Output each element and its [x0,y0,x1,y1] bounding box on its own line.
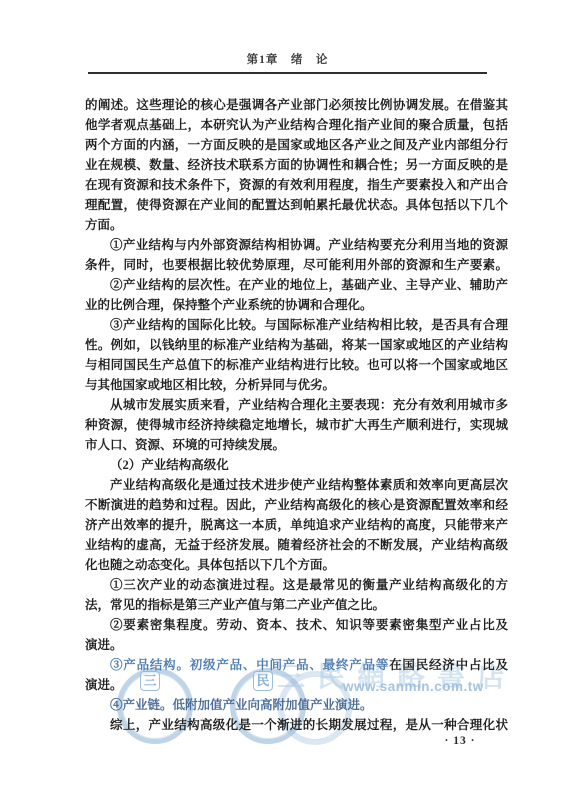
text-segment: 理配置，使得资源在产业间的配置达到帕累托最优状态。具体包括以下几个 [85,198,508,212]
text-segment: 在国民经济中占比及 [389,658,508,672]
text-segment: 条件，同时，也要根据比较优势原理，尽可能利用外部的资源和生产要素。 [85,258,508,272]
text-segment: 业结构的虚高，无益于经济发展。随着经济社会的不断发展，产业结构高级 [85,538,508,552]
text-segment: 产业结构高级化是通过技术进步使产业结构整体素质和效率向更高层次 [110,478,508,492]
text-line: ④产业链。低附加值产业向高附加值产业演进。 [85,695,508,715]
text-segment: 业在规模、数量、经济技术联系方面的协调性和耦合性；另一方面反映的是 [85,158,508,172]
text-segment: 市人口、资源、环境的可持续发展。 [85,438,285,452]
text-segment: ②要素密集程度。劳动、资本、技术、知识等要素密集型产业占比及 [110,618,508,632]
text-line: 与其他国家或地区相比较，分析异同与优劣。 [85,375,508,395]
text-segment: 种资源，使得城市经济持续稳定地增长，城市扩大再生产顺利进行，实现城 [85,418,508,432]
text-line: ③产品结构。初级产品、中间产品、最终产品等在国民经济中占比及 [85,655,508,675]
text-line: 方面。 [85,215,508,235]
text-segment: ③产业结构的国际化比较。与国际标准产业结构相比较，是否具有合理 [110,318,508,332]
body-text: 的阐述。这些理论的核心是强调各产业部门必须按比例协调发展。在借鉴其他学者观点基础… [85,95,508,735]
text-line: 业结构的虚高，无益于经济发展。随着经济社会的不断发展，产业结构高级 [85,535,508,555]
text-line: 业的比例合理，保持整个产业系统的协调和合理化。 [85,295,508,315]
text-line: 市人口、资源、环境的可持续发展。 [85,435,508,455]
header-rule [88,72,487,74]
text-line: ①三次产业的动态演进过程。这是最常见的衡量产业结构高级化的方 [85,575,508,595]
text-line: 的阐述。这些理论的核心是强调各产业部门必须按比例协调发展。在借鉴其 [85,95,508,115]
text-line: 性。例如，以钱纳里的标准产业结构为基础，将某一国家或地区的产业结构 [85,335,508,355]
text-line: 条件，同时，也要根据比较优势原理，尽可能利用外部的资源和生产要素。 [85,255,508,275]
text-line: （2）产业结构高级化 [85,455,508,475]
text-line: 综上，产业结构高级化是一个渐进的长期发展过程，是从一种合理化状 [85,715,508,735]
chapter-title: 第1章 绪 论 [247,54,329,66]
text-segment: 不断演进的趋势和过程。因此，产业结构高级化的核心是资源配置效率和经 [85,498,508,512]
text-segment: 从城市发展实质来看，产业结构合理化主要表现：充分有效利用城市多 [110,398,508,412]
text-line: ②产业结构的层次性。在产业的地位上，基础产业、主导产业、辅助产 [85,275,508,295]
text-segment: 演进。 [85,638,123,652]
text-line: 种资源，使得城市经济持续稳定地增长，城市扩大再生产顺利进行，实现城 [85,415,508,435]
book-page: 第1章 绪 论 三 民 三民網路書店 www.sanmin.com.tw 的阐述… [0,0,572,800]
text-segment: ③产品结构。初级产品、中间产品、最终产品等 [110,658,389,672]
text-segment: ①产业结构与内外部资源结构相协调。产业结构要充分利用当地的资源 [110,238,508,252]
text-line: ①产业结构与内外部资源结构相协调。产业结构要充分利用当地的资源 [85,235,508,255]
text-segment: 业的比例合理，保持整个产业系统的协调和合理化。 [85,298,373,312]
text-segment: 性。例如，以钱纳里的标准产业结构为基础，将某一国家或地区的产业结构 [85,338,508,352]
text-line: 在现有资源和技术条件下，资源的有效利用程度，指生产要素投入和产出合 [85,175,508,195]
text-segment: 济产出效率的提升，脱离这一本质，单纯追求产业结构的高度，只能带来产 [85,518,508,532]
page-number: · 13 · [430,735,490,747]
text-line: 产业结构高级化是通过技术进步使产业结构整体素质和效率向更高层次 [85,475,508,495]
text-line: ②要素密集程度。劳动、资本、技术、知识等要素密集型产业占比及 [85,615,508,635]
text-line: 法，常见的指标是第三产业产值与第二产业产值之比。 [85,595,508,615]
text-line: 理配置，使得资源在产业间的配置达到帕累托最优状态。具体包括以下几个 [85,195,508,215]
text-line: 他学者观点基础上，本研究认为产业结构合理化指产业间的聚合质量，包括 [85,115,508,135]
text-line: 与相同国民生产总值下的标准产业结构进行比较。也可以将一个国家或地区 [85,355,508,375]
text-segment: 演进。 [85,678,123,692]
text-segment: ①三次产业的动态演进过程。这是最常见的衡量产业结构高级化的方 [110,578,508,592]
text-segment: 综上，产业结构高级化是一个渐进的长期发展过程，是从一种合理化状 [110,718,508,732]
text-segment: 的阐述。这些理论的核心是强调各产业部门必须按比例协调发展。在借鉴其 [85,98,508,112]
text-segment: ②产业结构的层次性。在产业的地位上，基础产业、主导产业、辅助产 [110,278,508,292]
text-segment: 化也随之动态变化。具体包括以下几个方面。 [85,558,335,572]
text-line: 化也随之动态变化。具体包括以下几个方面。 [85,555,508,575]
text-line: 演进。 [85,635,508,655]
text-line: 从城市发展实质来看，产业结构合理化主要表现：充分有效利用城市多 [85,395,508,415]
text-segment: 他学者观点基础上，本研究认为产业结构合理化指产业间的聚合质量，包括 [85,118,508,132]
text-segment: ④产业链。低附加值产业向高附加值产业演进。 [110,698,373,712]
text-segment: 在现有资源和技术条件下，资源的有效利用程度，指生产要素投入和产出合 [85,178,508,192]
text-segment: 与相同国民生产总值下的标准产业结构进行比较。也可以将一个国家或地区 [85,358,508,372]
running-header: 第1章 绪 论 [88,51,487,67]
text-segment: （2）产业结构高级化 [110,458,229,472]
text-line: ③产业结构的国际化比较。与国际标准产业结构相比较，是否具有合理 [85,315,508,335]
text-segment: 与其他国家或地区相比较，分析异同与优劣。 [85,378,335,392]
text-line: 演进。 [85,675,508,695]
text-line: 两个方面的内涵，一方面反映的是国家或地区各产业之间及产业内部组分行 [85,135,508,155]
text-line: 不断演进的趋势和过程。因此，产业结构高级化的核心是资源配置效率和经 [85,495,508,515]
text-segment: 两个方面的内涵，一方面反映的是国家或地区各产业之间及产业内部组分行 [85,138,508,152]
text-line: 济产出效率的提升，脱离这一本质，单纯追求产业结构的高度，只能带来产 [85,515,508,535]
text-line: 业在规模、数量、经济技术联系方面的协调性和耦合性；另一方面反映的是 [85,155,508,175]
text-segment: 方面。 [85,218,123,232]
text-segment: 法，常见的指标是第三产业产值与第二产业产值之比。 [85,598,385,612]
